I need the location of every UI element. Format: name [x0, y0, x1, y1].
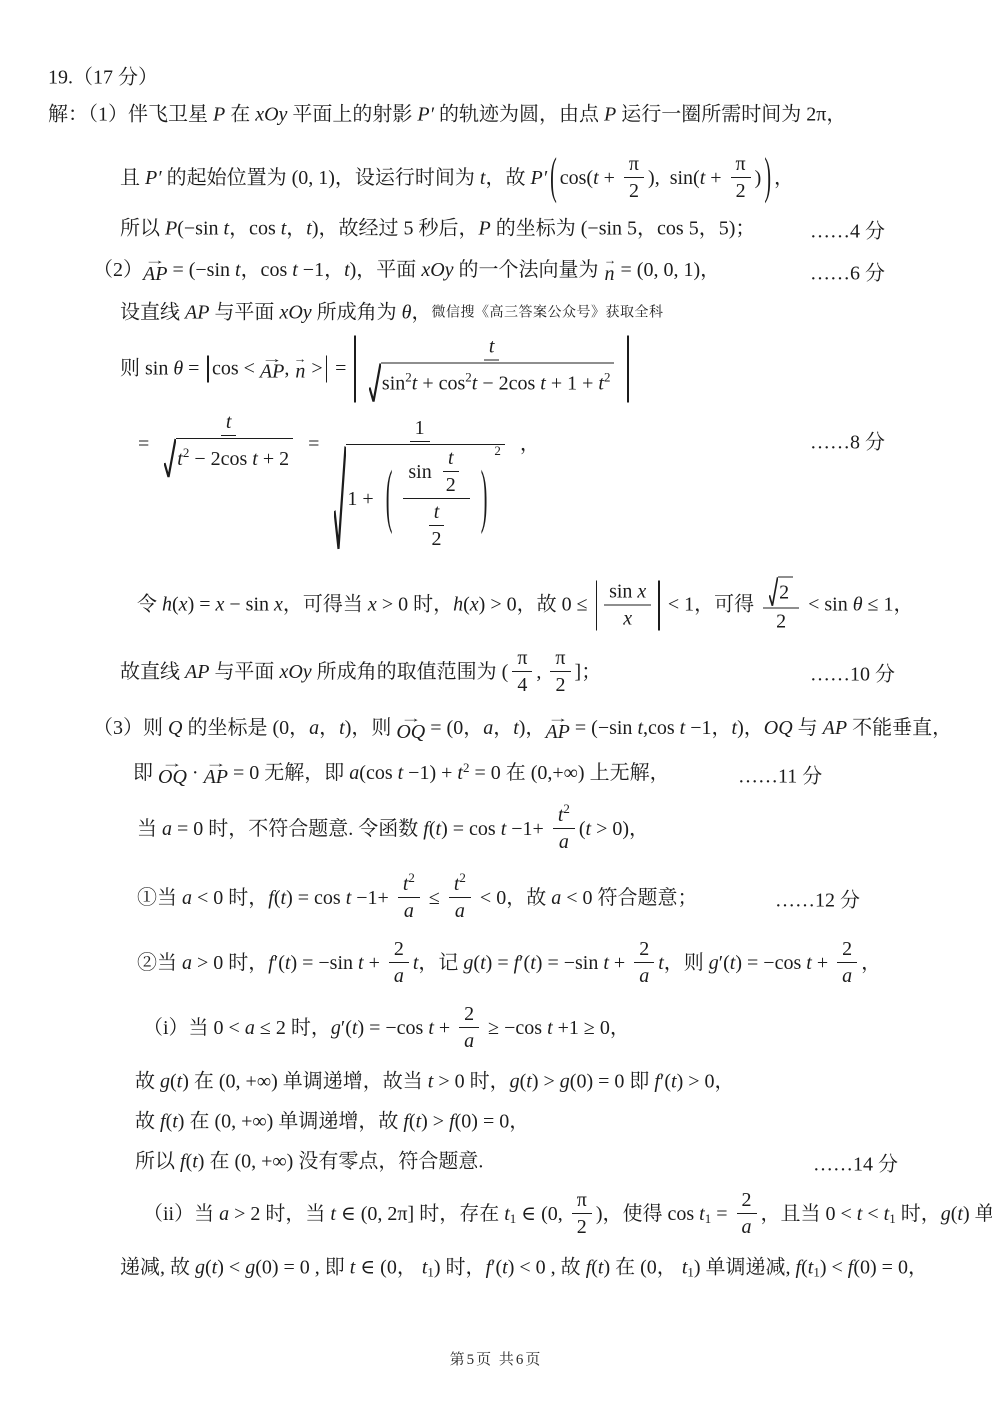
math-text: <: [862, 1202, 883, 1227]
math-text: AP: [185, 301, 209, 326]
math-text: h: [453, 593, 463, 618]
radicand: t2 − 2cos t + 2: [176, 438, 293, 478]
numerator: t: [484, 336, 500, 361]
math-text: = (0，: [425, 717, 483, 742]
math-group: sin xx: [593, 580, 663, 630]
math-text: xOy: [279, 301, 311, 326]
denominator: 2: [427, 526, 447, 551]
denominator: a: [389, 963, 409, 988]
math-text: )，平面: [350, 259, 422, 284]
math-text: a: [309, 717, 319, 742]
math-text: x: [470, 593, 479, 618]
math-text: 的起始位置为 (0, 1)，设运行时间为: [162, 166, 480, 191]
math-text: 故直线: [120, 660, 185, 685]
math-text: 1 +: [347, 488, 378, 511]
math-text: ) >: [421, 1110, 449, 1135]
math-text: P′: [145, 166, 162, 191]
math-text: （i）当 0 <: [143, 1016, 245, 1041]
math-text: ) <: [820, 1256, 848, 1281]
math-text: t: [489, 336, 495, 359]
math-text: 且: [120, 166, 145, 191]
math-text: 故: [135, 1070, 160, 1095]
denominator: a: [837, 963, 857, 988]
math-text: 2: [629, 180, 639, 203]
math-text: ) < 0 , 故: [508, 1256, 586, 1281]
math-text: 与: [793, 717, 823, 742]
math-text: x: [368, 593, 377, 618]
vector-arrow-icon: →: [400, 715, 422, 722]
math-text: +: [705, 166, 726, 191]
math-text: ): [481, 458, 488, 540]
fraction: t2a: [398, 873, 420, 923]
math-text: +: [364, 951, 385, 976]
math-text: = (−sin: [570, 717, 638, 742]
math-text: h: [162, 593, 172, 618]
math-text: P: [604, 103, 616, 128]
numerator: sin x: [604, 580, 651, 605]
vector-arrow-icon: →: [144, 257, 166, 264]
denominator: 1 + (sin t2t2)2: [328, 442, 510, 551]
abs-bar: [658, 580, 660, 630]
fraction: t2: [427, 501, 447, 551]
math-text: 运行一圈所需时间为 2π，: [616, 103, 846, 128]
fraction: π4: [512, 647, 532, 697]
numerator: π: [572, 1189, 592, 1214]
math-text: OQ: [764, 717, 793, 742]
math-text: x: [623, 607, 632, 630]
numerator: 1: [410, 417, 430, 442]
math-text: 即: [133, 762, 158, 787]
fraction: t2: [441, 447, 461, 497]
math-text: −1，: [298, 259, 344, 284]
solution-line-20: 递减, 故 g(t) < g(0) = 0 , 即 t ∈ (0， t1) 时，…: [120, 1256, 928, 1281]
math-text: xOy: [255, 103, 287, 128]
numerator: t: [429, 501, 445, 526]
denominator: a: [399, 898, 419, 923]
math-text: 1: [510, 1211, 517, 1227]
vector-arrow-icon: →: [162, 760, 184, 767]
math-text: (: [205, 1256, 212, 1281]
math-text: a: [219, 1202, 229, 1227]
solution-line-3: 所以 P(−sin t，cos t，t)，故经过 5 秒后，P 的坐标为 (−s…: [120, 217, 755, 242]
math-text: (: [550, 146, 557, 210]
score-mark-6: ……6 分: [810, 257, 885, 286]
math-text: 2: [555, 674, 565, 697]
math-text: ) <: [217, 1256, 245, 1281]
math-text: + 2: [258, 448, 289, 471]
math-text: ，cos: [229, 217, 281, 242]
math-text: a: [245, 1016, 255, 1041]
vector-arrow-icon: →: [261, 355, 283, 362]
numerator: π: [731, 153, 751, 178]
math-text: （ii）当: [143, 1202, 219, 1227]
math-text: > 0)，: [591, 817, 649, 842]
score-mark-12: ……12 分: [775, 884, 860, 913]
math-text: 2: [408, 871, 415, 886]
solution-line-9: 故直线 AP 与平面 xOy 所成角的取值范围为 (π4, π2]；: [120, 647, 601, 697]
math-text: π: [555, 647, 565, 670]
problem-number-line: 19.（17 分）: [48, 66, 158, 91]
math-text: t: [434, 501, 440, 524]
math-text: )，故经过 5 秒后，: [312, 217, 479, 242]
math-text: 2: [779, 582, 789, 605]
math-text: （3）则: [93, 717, 168, 742]
math-text: ) = −sin: [536, 951, 604, 976]
math-text: θ: [853, 593, 863, 618]
page-footer: 第5页 共6页: [0, 1348, 992, 1369]
math-text: )，则: [345, 717, 397, 742]
math-text: ) >: [532, 1070, 560, 1095]
denominator: 4: [512, 672, 532, 697]
math-text: + 1 +: [546, 373, 599, 396]
math-text: ，: [319, 717, 339, 742]
fraction: t2a: [449, 873, 471, 923]
math-text: 2: [464, 1003, 474, 1026]
solution-line-1: 解：（1）伴飞卫星 P 在 xOy 平面上的射影 P′ 的轨迹为圆，由点 P 运…: [48, 103, 846, 128]
fraction: 2a: [389, 938, 409, 988]
math-text: ①当: [137, 886, 182, 911]
math-text: P′: [530, 166, 547, 191]
numerator: t2: [553, 804, 575, 829]
math-text: ，: [861, 951, 881, 976]
math-text: g: [510, 1070, 520, 1095]
math-text: (: [463, 593, 470, 618]
math-text: 1: [427, 1265, 434, 1281]
math-text: a: [483, 717, 493, 742]
math-text: 1: [687, 1265, 694, 1281]
solution-line-14: ②当 a > 0 时，f′(t) = −sin t + 2at，记 g(t) =…: [137, 938, 881, 988]
fraction: 2a: [737, 1189, 757, 1239]
math-text: P: [479, 217, 491, 242]
radical-sign: [164, 438, 176, 478]
math-text: a: [182, 951, 192, 976]
math-text: g: [331, 1016, 341, 1041]
math-text: (: [951, 1202, 958, 1227]
fraction: 11 + (sin t2t2)2: [328, 417, 510, 551]
denominator: a: [634, 963, 654, 988]
solution-line-2: 且 P′ 的起始位置为 (0, 1)，设运行时间为 t，故 P′(cos(t +…: [120, 153, 794, 203]
math-text: ) 在 (0, +∞) 没有零点，符合题意.: [198, 1150, 484, 1175]
math-text: ) = −sin: [290, 951, 358, 976]
vector-arrow-icon: →: [294, 355, 307, 362]
fraction: 22: [763, 577, 799, 634]
math-text: ②当: [137, 951, 182, 976]
math-text: a: [349, 762, 359, 787]
math-text: 2: [604, 371, 611, 386]
denominator: 2: [771, 609, 791, 634]
denominator: a: [450, 898, 470, 923]
math-text: ) 时，: [434, 1256, 486, 1281]
math-text: ) =: [486, 951, 514, 976]
math-text: (: [409, 1110, 416, 1135]
math-text: sin: [609, 580, 637, 603]
math-text: = (0, 0, 1)，: [616, 259, 721, 284]
square-root: t2 − 2cos t + 2: [164, 438, 293, 478]
math-text: π: [517, 647, 527, 670]
math-text: Q: [168, 717, 182, 742]
math-text: ′(: [491, 1256, 502, 1281]
math-text: g: [709, 951, 719, 976]
math-text: 在: [225, 103, 255, 128]
math-text: − sin: [224, 593, 274, 618]
math-text: ) = cos: [441, 817, 501, 842]
math-text: − 2cos: [189, 448, 252, 471]
math-text: g: [560, 1070, 570, 1095]
math-text: 与平面: [209, 301, 279, 326]
numerator: 2: [737, 1189, 757, 1214]
denominator: t2: [418, 499, 456, 551]
math-text: > 0 时，: [433, 1070, 509, 1095]
score-mark-8: ……8 分: [810, 426, 885, 455]
math-text: (: [801, 1256, 808, 1281]
math-text: ，可得当: [283, 593, 368, 618]
math-text: ，故: [485, 166, 530, 191]
math-text: = 0 无解，即: [228, 762, 349, 787]
math-text: AP: [823, 717, 847, 742]
numerator: 2: [459, 1003, 479, 1028]
math-text: AP: [185, 660, 209, 685]
math-text: ≤: [424, 886, 445, 911]
math-text: ∈ (0，: [355, 1256, 421, 1281]
math-text: P: [165, 217, 177, 242]
numerator: π: [624, 153, 644, 178]
math-text: ，: [286, 217, 306, 242]
math-text: g: [195, 1256, 205, 1281]
math-text: ) = −cos: [357, 1016, 428, 1041]
abs-bar: [596, 580, 598, 630]
math-text: ): [764, 146, 771, 210]
math-text: a: [394, 965, 404, 988]
math-text: ) = cos: [286, 886, 346, 911]
math-text: （2）: [93, 259, 143, 284]
math-text: 2: [446, 474, 456, 497]
math-text: a: [842, 965, 852, 988]
math-text: ) 在 (0, +∞) 单调递增，故: [178, 1110, 404, 1135]
math-text: 2: [639, 938, 649, 961]
math-text: 1: [889, 1211, 896, 1227]
solution-line-19: （ii）当 a > 2 时，当 t ∈ (0, 2π] 时，存在 t1 ∈ (0…: [143, 1189, 992, 1239]
numerator: t: [443, 447, 459, 472]
math-text: g: [941, 1202, 951, 1227]
math-text: ，: [774, 166, 794, 191]
math-text: x: [216, 593, 225, 618]
math-text: π: [577, 1189, 587, 1212]
numerator: sin t2: [403, 447, 469, 499]
math-text: a: [162, 817, 172, 842]
math-text: 的坐标为 (−sin 5，cos 5，5)；: [491, 217, 756, 242]
score-mark-10: ……10 分: [810, 658, 895, 687]
math-text: t: [448, 447, 454, 470]
math-text: < sin: [803, 593, 853, 618]
denominator: a: [737, 1214, 757, 1239]
math-text: > 2 时，当: [229, 1202, 330, 1227]
math-text: π: [736, 153, 746, 176]
math-text: ) > 0，: [677, 1070, 735, 1095]
denominator: 2: [624, 178, 644, 203]
score-mark-14: ……14 分: [813, 1148, 898, 1177]
math-text: 2: [563, 802, 570, 817]
math-text: ) 单调递减,: [694, 1256, 796, 1281]
math-text: < 0 时，: [192, 886, 268, 911]
math-text: (: [473, 951, 480, 976]
math-text: 令: [137, 593, 162, 618]
math-text: a: [464, 1030, 474, 1053]
math-text: +: [609, 951, 630, 976]
math-text: ≤ 2 时，: [255, 1016, 331, 1041]
fraction: t2a: [553, 804, 575, 854]
math-text: 2: [842, 938, 852, 961]
math-text: +1 ≥ 0，: [553, 1016, 630, 1041]
vector-arrow-icon: →: [205, 760, 227, 767]
abs-bar: [627, 336, 629, 403]
radical-sign: [334, 444, 346, 551]
radical-sign: [769, 577, 778, 607]
math-text: x: [179, 593, 188, 618]
fraction: 2a: [634, 938, 654, 988]
vector: →AP: [143, 257, 167, 285]
math-text: =: [711, 1202, 732, 1227]
math-text: a: [742, 1216, 752, 1239]
math-text: ) > 0，故 0 ≤: [479, 593, 593, 618]
math-text: ,: [536, 660, 546, 685]
fraction: π2: [731, 153, 751, 203]
math-text: 微信搜《高三答案公众号》获取全科: [431, 304, 663, 322]
math-text: =: [138, 432, 154, 457]
math-text: (: [386, 458, 393, 540]
math-text: (: [429, 817, 436, 842]
math-text: −1+: [506, 817, 549, 842]
denominator: t2 − 2cos t + 2: [158, 436, 299, 478]
score-mark-4: ……4 分: [810, 215, 885, 244]
fraction: sin xx: [604, 580, 651, 630]
radicand: 2: [778, 577, 793, 607]
math-text: a: [455, 900, 465, 923]
math-text: 2: [459, 871, 466, 886]
math-text: (−sin: [177, 217, 223, 242]
solution-line-7: = tt2 − 2cos t + 2 = 11 + (sin t2t2)2 ，: [138, 377, 540, 511]
math-text: 所以: [135, 1150, 180, 1175]
math-text: ) 单调: [963, 1202, 992, 1227]
math-text: 2: [776, 611, 786, 634]
math-text: a: [551, 886, 561, 911]
math-text: (cos: [359, 762, 397, 787]
math-text: < 1，可得: [663, 593, 759, 618]
math-text: 19.（17 分）: [48, 66, 158, 91]
solution-line-11: 即 →OQ · →AP = 0 无解，即 a(cos t −1) + t2 = …: [133, 760, 670, 788]
math-text: 1: [705, 1211, 712, 1227]
solution-line-15: （i）当 0 < a ≤ 2 时，g′(t) = −cos t + 2a ≥ −…: [143, 1003, 630, 1053]
math-text: ,cos: [643, 717, 680, 742]
numerator: t2: [398, 873, 420, 898]
denominator: 2: [731, 178, 751, 203]
math-text: ，: [411, 301, 431, 326]
vector: →AP: [545, 715, 569, 743]
math-text: 2: [432, 528, 442, 551]
math-text: ) =: [188, 593, 216, 618]
solution-line-10: （3）则 Q 的坐标是 (0，a，t)，则 →OQ = (0，a，t)，→AP …: [93, 715, 952, 743]
solution-line-13: ①当 a < 0 时，f(t) = cos t −1+ t2a ≤ t2a < …: [137, 873, 697, 923]
denominator: a: [459, 1028, 479, 1053]
math-text: ′(: [341, 1016, 352, 1041]
numerator: π: [550, 647, 570, 672]
math-text: 2: [742, 1189, 752, 1212]
math-text: 2: [494, 444, 501, 459]
math-text: 的一个法向量为: [454, 259, 604, 284]
radicand: 1 + (sin t2t2)2: [346, 444, 504, 551]
math-text: ，且当 0 <: [761, 1202, 857, 1227]
solution-line-18: 所以 f(t) 在 (0, +∞) 没有零点，符合题意.: [135, 1150, 483, 1175]
math-text: 时，: [896, 1202, 941, 1227]
math-text: ，: [515, 432, 540, 457]
denominator: a: [554, 829, 574, 854]
math-text: )，使得 cos: [596, 1202, 699, 1227]
math-text: θ: [402, 301, 412, 326]
math-text: (0) = 0，: [853, 1256, 928, 1281]
math-text: 当: [137, 817, 162, 842]
math-text: =: [303, 432, 324, 457]
math-text: ′(: [719, 951, 730, 976]
math-text: (: [274, 886, 281, 911]
document-page: 19.（17 分） 解：（1）伴飞卫星 P 在 xOy 平面上的射影 P′ 的轨…: [0, 0, 992, 1403]
math-text: P′: [417, 103, 434, 128]
math-text: 所成角的取值范围为 (: [312, 660, 509, 685]
numerator: 2: [837, 938, 857, 963]
math-text: ≤ 1，: [863, 593, 914, 618]
math-text: ): [755, 166, 762, 191]
solution-line-12: 当 a = 0 时，不符合题意. 令函数 f(t) = cos t −1+ t2…: [137, 804, 649, 854]
numerator: t: [221, 411, 237, 436]
math-text: ∈ (0, 2π] 时，存在: [336, 1202, 504, 1227]
math-text: x: [274, 593, 283, 618]
math-text: ) 在 (0，: [603, 1256, 681, 1281]
math-text: (: [186, 1150, 193, 1175]
math-text: 2: [577, 1216, 587, 1239]
math-text: −1+: [351, 886, 394, 911]
math-text: = 0 时，不符合题意. 令函数: [172, 817, 423, 842]
math-text: sin: [408, 461, 436, 484]
numerator: 2: [763, 577, 799, 609]
math-text: ′(: [274, 951, 285, 976]
denominator: 2: [550, 672, 570, 697]
math-text: ，则: [664, 951, 709, 976]
math-text: (: [170, 1070, 177, 1095]
math-text: ，记: [418, 951, 463, 976]
numerator: π: [512, 647, 532, 672]
math-text: < 0，故: [475, 886, 551, 911]
fraction: π2: [624, 153, 644, 203]
math-text: +: [599, 166, 620, 191]
math-text: g: [245, 1256, 255, 1281]
numerator: 2: [634, 938, 654, 963]
solution-line-8: 令 h(x) = x − sin x，可得当 x > 0 时，h(x) > 0，…: [137, 577, 914, 634]
math-text: ，: [493, 717, 513, 742]
math-text: cos(: [560, 166, 593, 191]
math-text: ∈ (0,: [516, 1202, 567, 1227]
solution-line-16: 故 g(t) 在 (0, +∞) 单调递增，故当 t > 0 时，g(t) > …: [135, 1070, 735, 1095]
math-text: −1，: [685, 717, 731, 742]
math-text: x: [637, 580, 646, 603]
math-text: 2: [463, 760, 470, 776]
math-text: 2: [736, 180, 746, 203]
math-text: 平面上的射影: [287, 103, 417, 128]
math-text: ), sin(: [648, 166, 700, 191]
math-text: ≥ −cos: [483, 1016, 547, 1041]
math-text: 2: [394, 938, 404, 961]
math-text: P: [213, 103, 225, 128]
fraction: 2a: [837, 938, 857, 988]
math-text: (0) = 0 即: [570, 1070, 655, 1095]
math-text: (0) = 0 , 即: [255, 1256, 350, 1281]
